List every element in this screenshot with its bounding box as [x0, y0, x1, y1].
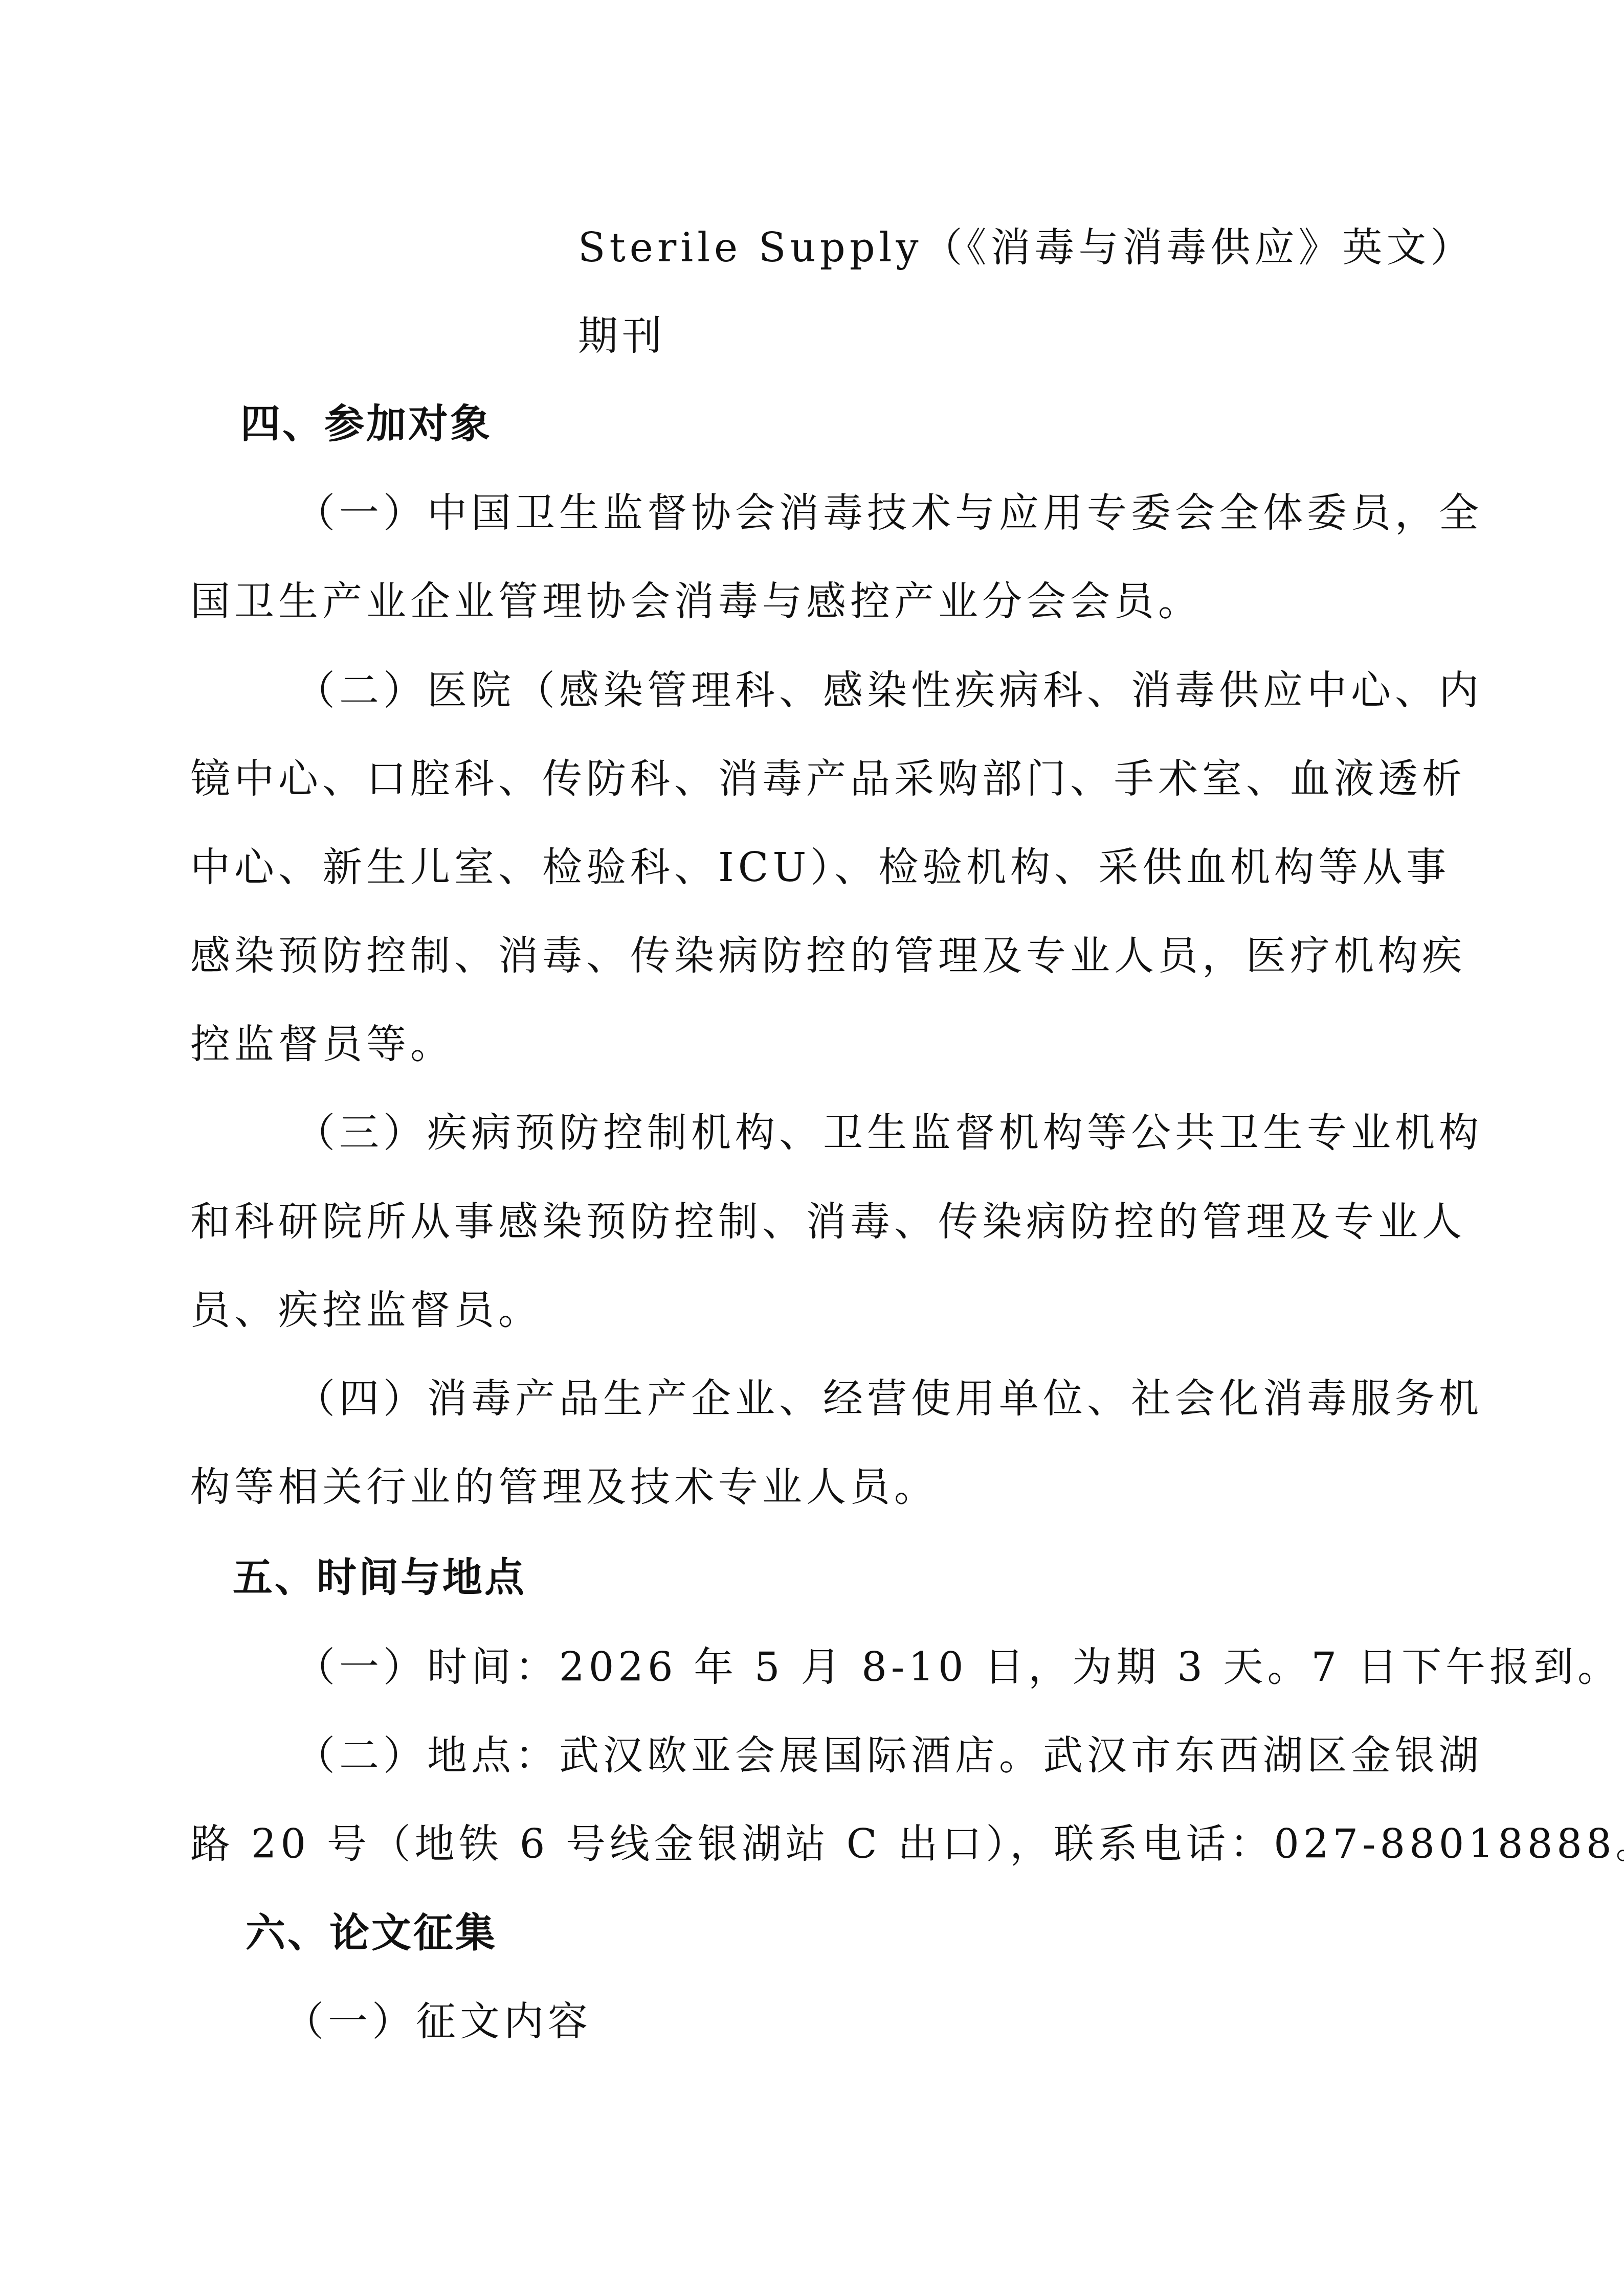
- participants-item1-line1: （一）中国卫生监督协会消毒技术与应用专委会全体委员，全: [190, 488, 1424, 539]
- venue-line2: 路 20 号（地铁 6 号线金银湖站 C 出口），联系电话：027-880188…: [190, 1819, 1424, 1870]
- venue-line1: （二）地点：武汉欧亚会展国际酒店。武汉市东西湖区金银湖: [190, 1730, 1424, 1782]
- participants-item2-line5: 控监督员等。: [190, 1019, 454, 1070]
- section-heading-paper-call: 六、论文征集: [246, 1908, 497, 1959]
- participants-item3-line2: 和科研院所从事感染预防控制、消毒、传染病防控的管理及专业人: [190, 1197, 1424, 1248]
- journal-name-line: Sterile Supply（《消毒与消毒供应》英文）: [578, 222, 1475, 274]
- section-heading-participants: 四、参加对象: [240, 399, 492, 450]
- document-page: Sterile Supply（《消毒与消毒供应》英文） 期刊 四、参加对象 （一…: [0, 0, 1624, 2296]
- paper-content-subheading: （一）征文内容: [284, 1996, 592, 2047]
- participants-item2-line1: （二）医院（感染管理科、感染性疾病科、消毒供应中心、内: [190, 665, 1424, 716]
- participants-item4-line2: 构等相关行业的管理及技术专业人员。: [190, 1462, 938, 1513]
- journal-name-line-cont: 期刊: [578, 311, 666, 362]
- participants-item2-line4: 感染预防控制、消毒、传染病防控的管理及专业人员，医疗机构疾: [190, 931, 1424, 982]
- participants-item1-line2: 国卫生产业企业管理协会消毒与感控产业分会会员。: [190, 576, 1202, 627]
- time-line: （一）时间：2026 年 5 月 8-10 日，为期 3 天。7 日下午报到。: [190, 1642, 1424, 1693]
- participants-item3-line1: （三）疾病预防控制机构、卫生监督机构等公共卫生专业机构: [190, 1108, 1424, 1159]
- participants-item4-line1: （四）消毒产品生产企业、经营使用单位、社会化消毒服务机: [190, 1374, 1424, 1425]
- participants-item2-line2: 镜中心、口腔科、传防科、消毒产品采购部门、手术室、血液透析: [190, 754, 1424, 805]
- section-heading-time-place: 五、时间与地点: [233, 1552, 526, 1604]
- participants-item2-line3: 中心、新生儿室、检验科、ICU）、检验机构、采供血机构等从事: [190, 842, 1424, 893]
- participants-item3-line3: 员、疾控监督员。: [190, 1285, 542, 1336]
